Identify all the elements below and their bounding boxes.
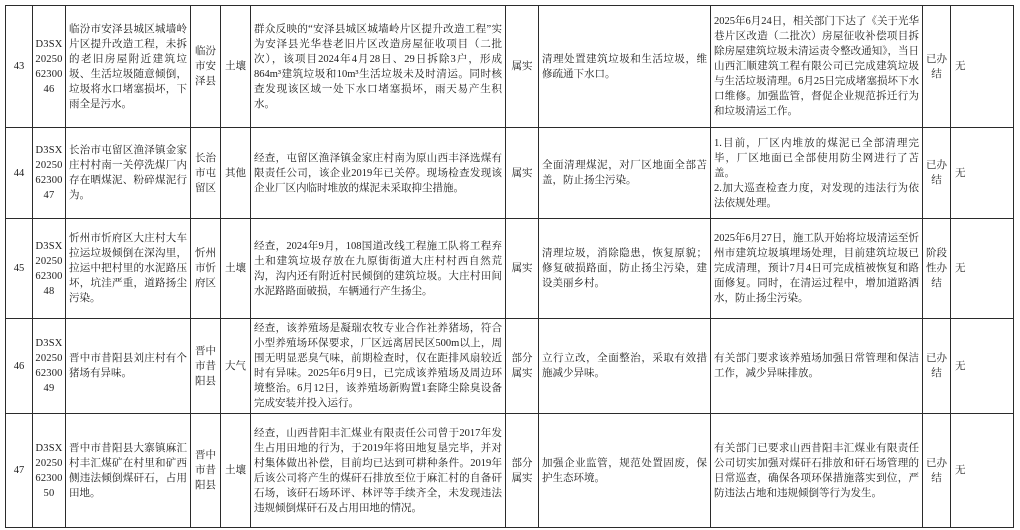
verified-cell: 属实 bbox=[506, 6, 539, 128]
pollution-type-cell: 其他 bbox=[221, 128, 251, 219]
table-row: 44 D3SX202506230047 长治市屯留区渔泽镇金家庄村村南一关停洗煤… bbox=[6, 128, 1014, 219]
complaints-handling-table: 43 D3SX202506230046 临汾市安泽县城区城墙岭片区提升改造工程，… bbox=[5, 5, 1014, 528]
measures-cell: 全面清理煤泥，对厂区地面全部苫盖，防止扬尘污染。 bbox=[539, 128, 711, 219]
region-cell: 晋中市昔阳县 bbox=[191, 319, 221, 414]
region-cell: 晋中市昔阳县 bbox=[191, 414, 221, 528]
investigation-cell: 经查，山西昔阳丰汇煤业有限责任公司曾于2017年发生占用田地的行为，于2019年… bbox=[251, 414, 506, 528]
case-id-cell: D3SX202506230048 bbox=[33, 219, 66, 319]
pollution-type-cell: 土壤 bbox=[221, 414, 251, 528]
status-cell: 阶段性办结 bbox=[923, 219, 951, 319]
verified-cell: 属实 bbox=[506, 128, 539, 219]
complaint-cell: 忻州市忻府区大庄村大车拉运垃圾倾倒在深沟里，拉运中把村里的水泥路压坏，坑洼严重，… bbox=[66, 219, 191, 319]
result-cell: 有关部门要求该养殖场加强日常管理和保洁工作，减少异味排放。 bbox=[711, 319, 923, 414]
row-number-cell: 47 bbox=[6, 414, 33, 528]
result-cell: 1.目前，厂区内堆放的煤泥已全部清理完毕，厂区地面已全部使用防尘网进行了苫盖。 … bbox=[711, 128, 923, 219]
remark-cell: 无 bbox=[951, 414, 1014, 528]
remark-cell: 无 bbox=[951, 319, 1014, 414]
status-cell: 已办结 bbox=[923, 414, 951, 528]
measures-cell: 加强企业监管，规范处置固废，保护生态环境。 bbox=[539, 414, 711, 528]
complaint-cell: 晋中市昔阳县大寨镇麻汇村丰汇煤矿在村里和矿西侧违法倾倒煤矸石，占用田地。 bbox=[66, 414, 191, 528]
measures-cell: 立行立改，全面整治，采取有效措施减少异味。 bbox=[539, 319, 711, 414]
result-cell: 2025年6月27日，施工队开始将垃圾清运至忻州市建筑垃圾填埋场处理，目前建筑垃… bbox=[711, 219, 923, 319]
case-id-cell: D3SX202506230049 bbox=[33, 319, 66, 414]
remark-cell: 无 bbox=[951, 219, 1014, 319]
remark-cell: 无 bbox=[951, 6, 1014, 128]
verified-cell: 部分属实 bbox=[506, 414, 539, 528]
remark-cell: 无 bbox=[951, 128, 1014, 219]
pollution-type-cell: 土壤 bbox=[221, 219, 251, 319]
measures-cell: 清理垃圾，消除隐患，恢复原貌；修复破损路面，防止扬尘污染，建设美丽乡村。 bbox=[539, 219, 711, 319]
table-row: 46 D3SX202506230049 晋中市昔阳县刘庄村有个猪场有异味。 晋中… bbox=[6, 319, 1014, 414]
verified-cell: 部分属实 bbox=[506, 319, 539, 414]
status-cell: 已办结 bbox=[923, 6, 951, 128]
verified-cell: 属实 bbox=[506, 219, 539, 319]
complaint-cell: 长治市屯留区渔泽镇金家庄村村南一关停洗煤厂内存在晒煤泥、粉碎煤泥行为。 bbox=[66, 128, 191, 219]
result-cell: 有关部门已要求山西昔阳丰汇煤业有限责任公司切实加强对煤矸石排放和矸石场管理的日常… bbox=[711, 414, 923, 528]
table-row: 43 D3SX202506230046 临汾市安泽县城区城墙岭片区提升改造工程，… bbox=[6, 6, 1014, 128]
table-row: 45 D3SX202506230048 忻州市忻府区大庄村大车拉运垃圾倾倒在深沟… bbox=[6, 219, 1014, 319]
investigation-cell: 群众反映的“安泽县城区城墙岭片区提升改造工程”实为安泽县光华巷老旧片区改造房屋征… bbox=[251, 6, 506, 128]
case-id-cell: D3SX202506230050 bbox=[33, 414, 66, 528]
row-number-cell: 43 bbox=[6, 6, 33, 128]
result-cell: 2025年6月24日，相关部门下达了《关于光华巷片区改造（二批次）房屋征收补偿项… bbox=[711, 6, 923, 128]
measures-cell: 清理处置建筑垃圾和生活垃圾，维修疏通下水口。 bbox=[539, 6, 711, 128]
table-row: 47 D3SX202506230050 晋中市昔阳县大寨镇麻汇村丰汇煤矿在村里和… bbox=[6, 414, 1014, 528]
complaint-cell: 晋中市昔阳县刘庄村有个猪场有异味。 bbox=[66, 319, 191, 414]
region-cell: 长治市屯留区 bbox=[191, 128, 221, 219]
region-cell: 临汾市安泽县 bbox=[191, 6, 221, 128]
status-cell: 已办结 bbox=[923, 128, 951, 219]
complaint-cell: 临汾市安泽县城区城墙岭片区提升改造工程，未拆的老旧房屋附近建筑垃圾、生活垃圾随意… bbox=[66, 6, 191, 128]
row-number-cell: 46 bbox=[6, 319, 33, 414]
case-id-cell: D3SX202506230047 bbox=[33, 128, 66, 219]
pollution-type-cell: 大气 bbox=[221, 319, 251, 414]
status-cell: 已办结 bbox=[923, 319, 951, 414]
row-number-cell: 44 bbox=[6, 128, 33, 219]
investigation-cell: 经查，2024年9月，108国道改线工程施工队将工程弃土和建筑垃圾存放在九原街街… bbox=[251, 219, 506, 319]
case-id-cell: D3SX202506230046 bbox=[33, 6, 66, 128]
region-cell: 忻州市忻府区 bbox=[191, 219, 221, 319]
investigation-cell: 经查，屯留区渔泽镇金家庄村南为原山西丰泽选煤有限责任公司，该企业2019年已关停… bbox=[251, 128, 506, 219]
pollution-type-cell: 土壤 bbox=[221, 6, 251, 128]
row-number-cell: 45 bbox=[6, 219, 33, 319]
investigation-cell: 经查，该养殖场是凝瑞农牧专业合作社养猪场，符合小型养殖场环保要求，厂区远离居民区… bbox=[251, 319, 506, 414]
